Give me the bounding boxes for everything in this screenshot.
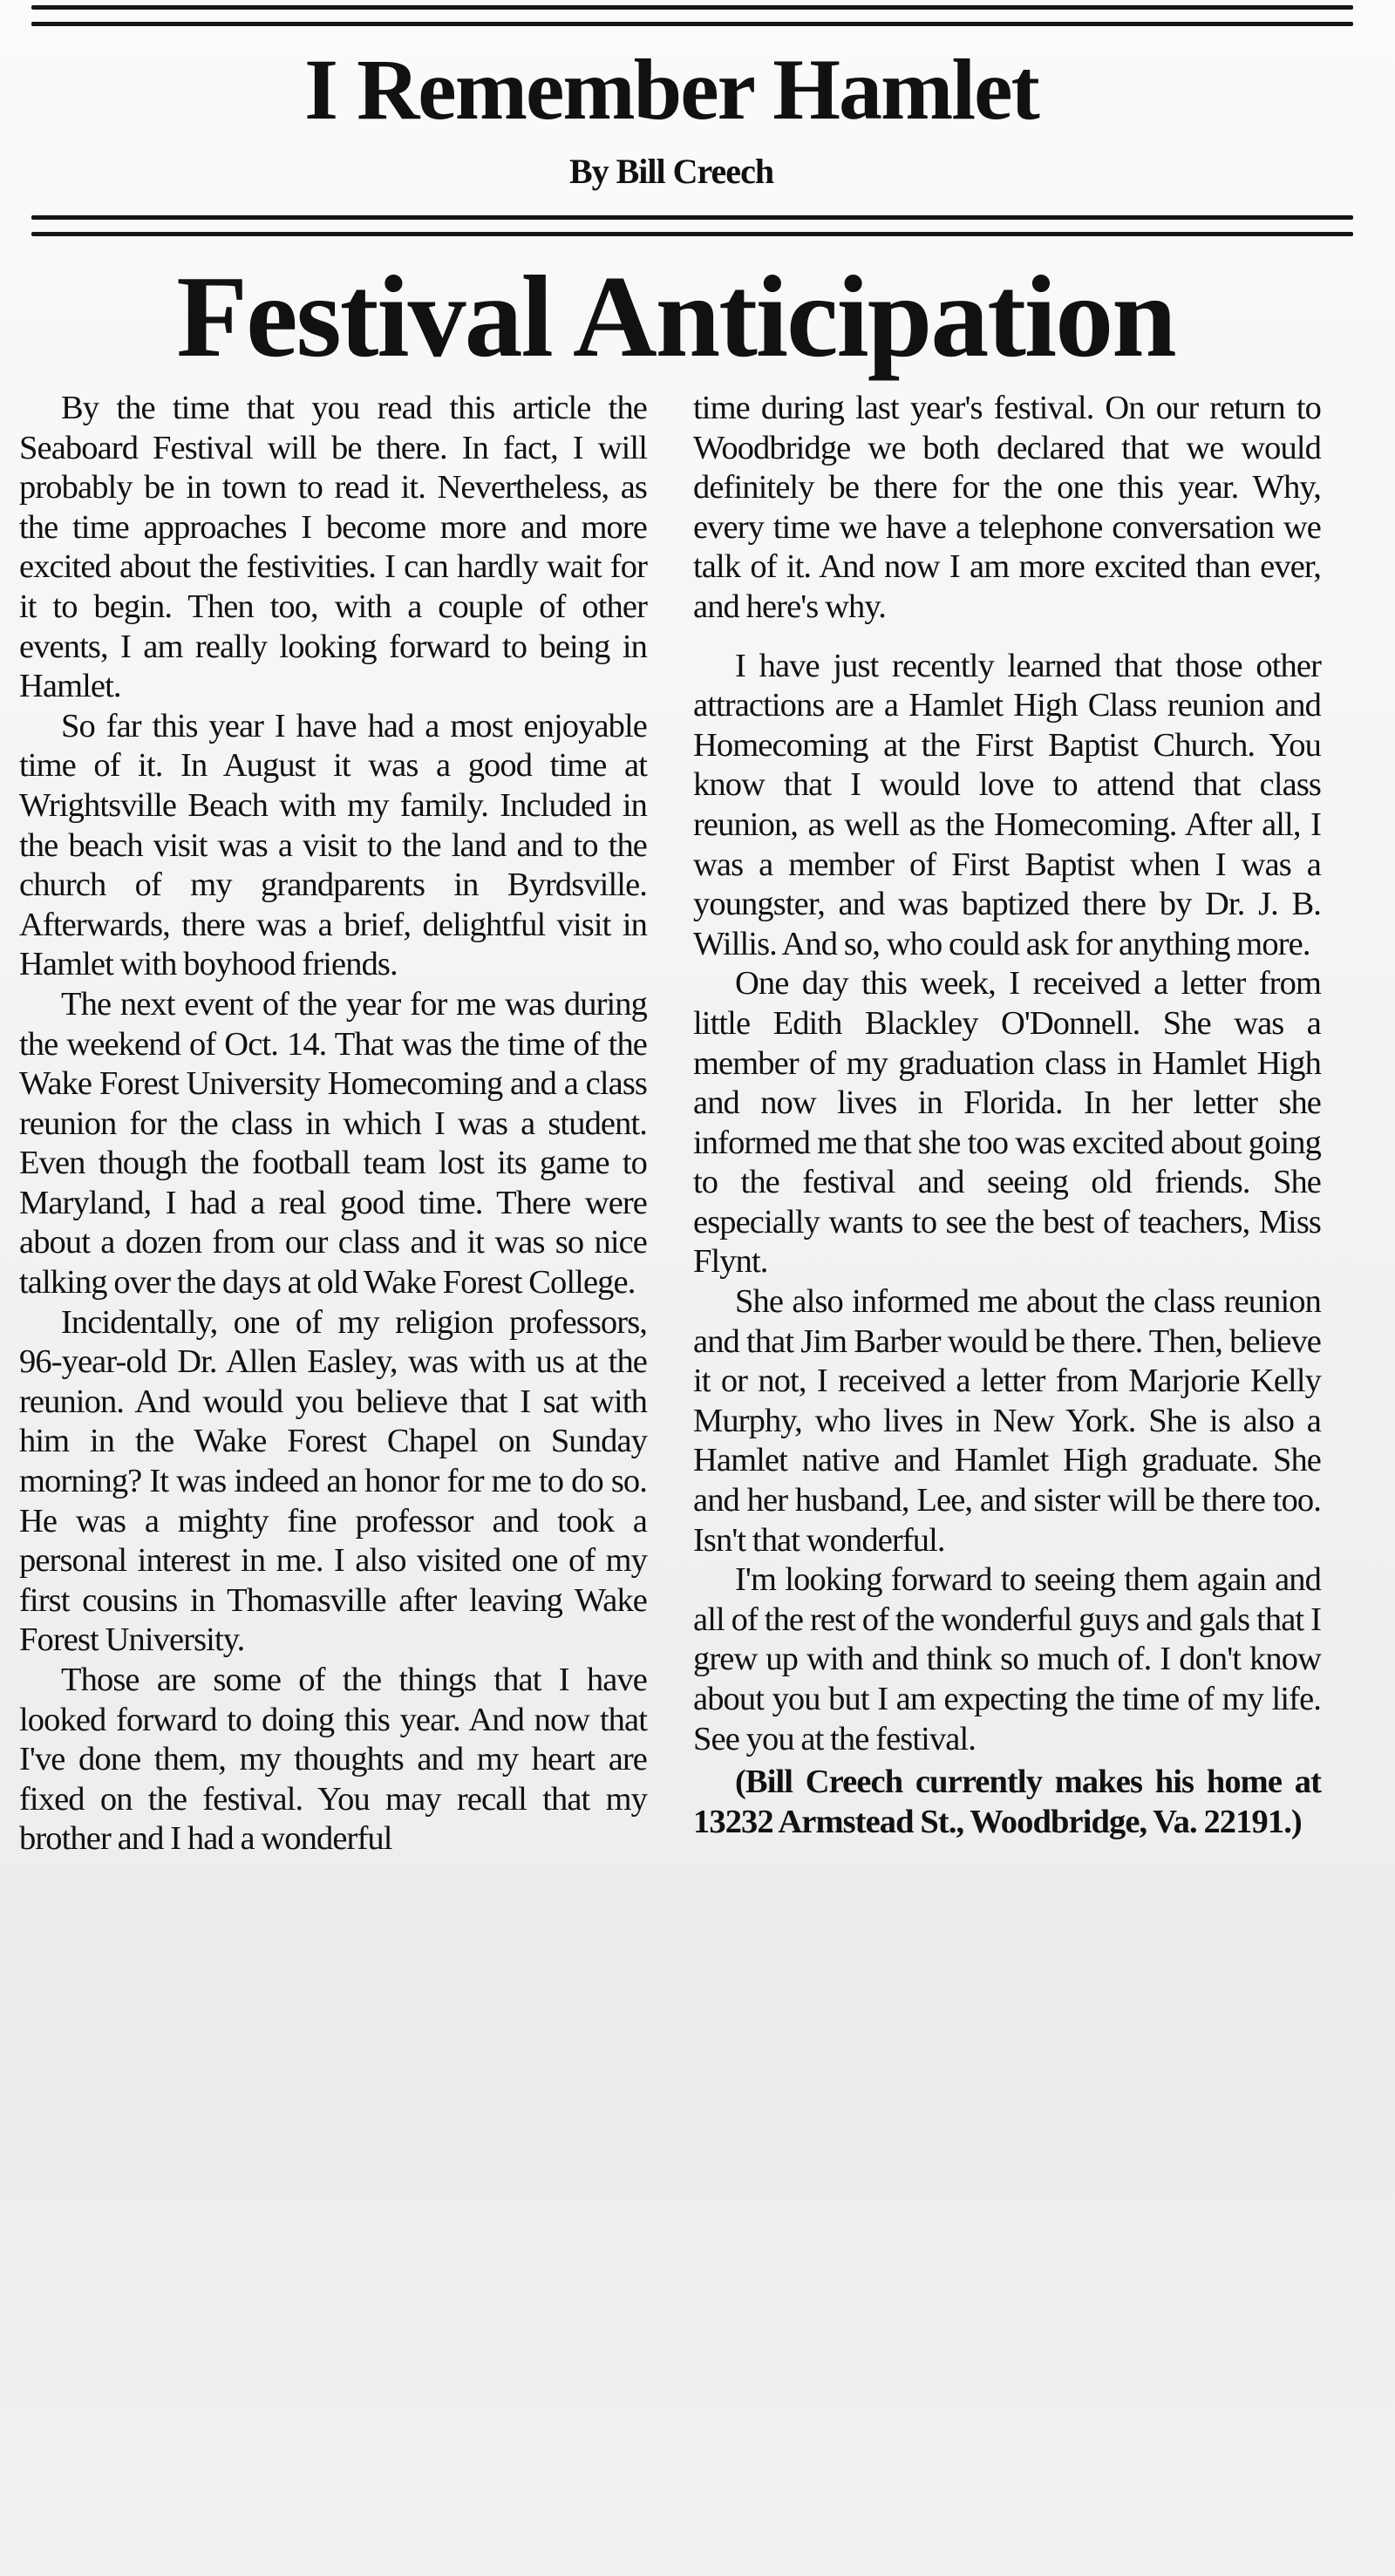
header-rule-2 <box>31 232 1353 236</box>
paragraph: One day this week, I received a letter f… <box>693 964 1321 1282</box>
paragraph: Incidentally, one of my religion profess… <box>19 1303 647 1661</box>
byline: By Bill Creech <box>0 151 1343 193</box>
header-rule-1 <box>31 215 1353 220</box>
paragraph: I'm looking forward to seeing them again… <box>693 1560 1321 1759</box>
top-rule-2 <box>31 22 1353 26</box>
top-rule-1 <box>31 5 1353 10</box>
column-title: I Remember Hamlet <box>0 42 1343 138</box>
newspaper-clipping: I Remember Hamlet By Bill Creech Festiva… <box>0 0 1395 2576</box>
author-note: (Bill Creech currently makes his home at… <box>693 1763 1321 1842</box>
article-headline: Festival Anticipation <box>0 251 1351 382</box>
paragraph: The next event of the year for me was du… <box>19 985 647 1303</box>
paragraph-continuation: time during last year's festival. On our… <box>693 389 1321 628</box>
paragraph: So far this year I have had a most enjoy… <box>19 707 647 985</box>
right-column: time during last year's festival. On our… <box>693 389 1321 1842</box>
paragraph: I have just recently learned that those … <box>693 647 1321 965</box>
paragraph: She also informed me about the class reu… <box>693 1282 1321 1560</box>
left-column: By the time that you read this article t… <box>19 389 647 1859</box>
paragraph: By the time that you read this article t… <box>19 389 647 707</box>
paragraph: Those are some of the things that I have… <box>19 1661 647 1859</box>
